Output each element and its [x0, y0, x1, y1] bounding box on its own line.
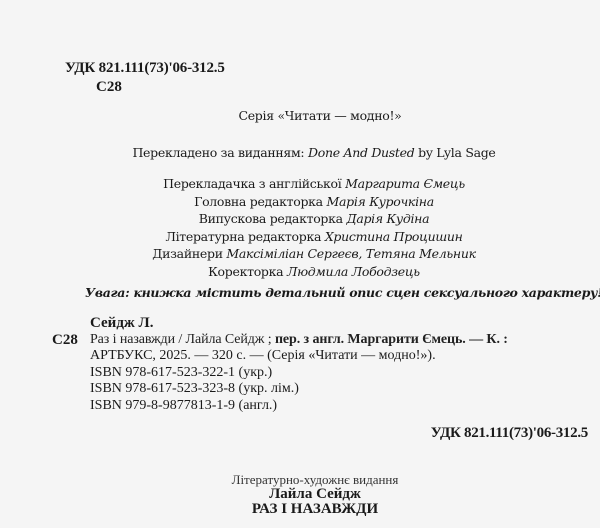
credit-role: Перекладачка з англійської	[163, 176, 345, 191]
bib-publisher-line: АРТБУКС, 2025. — 320 с. — (Серія «Читати…	[90, 348, 508, 365]
bib-title: Раз і назавжди / Лайла Сейдж ;	[90, 332, 275, 347]
credit-role: Літературна редакторка	[165, 229, 324, 244]
original-title: Done And Dusted	[308, 145, 414, 160]
bib-translator: пер. з англ. Маргарити Ємець. — К. :	[275, 332, 508, 347]
isbn-ukr: ISBN 978-617-523-322-1 (укр.)	[90, 365, 508, 382]
bib-title-line: Раз і назавжди / Лайла Сейдж ; пер. з ан…	[90, 332, 508, 349]
credit-role: Головна редакторка	[194, 194, 326, 209]
content-warning: Увага: книжка містить детальний опис сце…	[85, 285, 600, 300]
isbn-eng: ISBN 979-8-9877813-1-9 (англ.)	[90, 398, 508, 415]
credit-translator: Перекладачка з англійської Маргарита Єме…	[14, 175, 600, 193]
isbn-ukr-limited: ISBN 978-617-523-323-8 (укр. лім.)	[90, 381, 508, 398]
translated-prefix: Перекладено за виданням:	[132, 145, 308, 160]
original-author: by Lyla Sage	[414, 145, 495, 160]
credit-name: Марія Курочкіна	[327, 194, 434, 209]
bib-author: Сейдж Л.	[90, 315, 508, 332]
credit-role: Дизайнери	[152, 246, 226, 261]
udk-code-top: УДК 821.111(73)'06-312.5	[65, 60, 225, 77]
credit-name: Людмила Лободзець	[287, 264, 420, 279]
imprint-title: РАЗ І НАЗАВЖДИ	[0, 502, 600, 517]
imprint: Літературно-художнє видання Лайла Сейдж …	[0, 472, 600, 517]
udk-code-bottom: УДК 821.111(73)'06-312.5	[431, 425, 588, 442]
credit-literary-editor: Літературна редакторка Христина Процишин	[14, 228, 600, 246]
copyright-page: УДК 821.111(73)'06-312.5 С28 Серія «Чита…	[0, 0, 600, 528]
edition-kind: Літературно-художнє видання	[0, 472, 600, 487]
credit-proofreader: Коректорка Людмила Лободзець	[14, 263, 600, 281]
credit-role: Коректорка	[208, 264, 287, 279]
bib-code: С28	[52, 332, 90, 349]
credit-name: Маргарита Ємець	[345, 176, 465, 191]
credit-role: Випускова редакторка	[199, 211, 347, 226]
credit-managing-editor: Випускова редакторка Дарія Кудіна	[14, 210, 600, 228]
imprint-author: Лайла Сейдж	[0, 487, 600, 502]
credit-name: Максіміліан Сергеєв, Тетяна Мельник	[226, 246, 475, 261]
bibliographic-record: Сейдж Л. С28 Раз і назавжди / Лайла Сейд…	[52, 315, 508, 414]
credit-name: Христина Процишин	[325, 229, 463, 244]
credit-designers: Дизайнери Максіміліан Сергеєв, Тетяна Ме…	[14, 245, 600, 263]
credits-list: Перекладачка з англійської Маргарита Єме…	[14, 175, 600, 280]
credit-name: Дарія Кудіна	[346, 211, 429, 226]
translated-from-line: Перекладено за виданням: Done And Dusted…	[14, 145, 600, 160]
series-line: Серія «Читати — модно!»	[20, 108, 600, 123]
author-mark-top: С28	[96, 79, 122, 96]
bib-title-row: С28 Раз і назавжди / Лайла Сейдж ; пер. …	[52, 332, 508, 349]
credit-chief-editor: Головна редакторка Марія Курочкіна	[14, 193, 600, 211]
